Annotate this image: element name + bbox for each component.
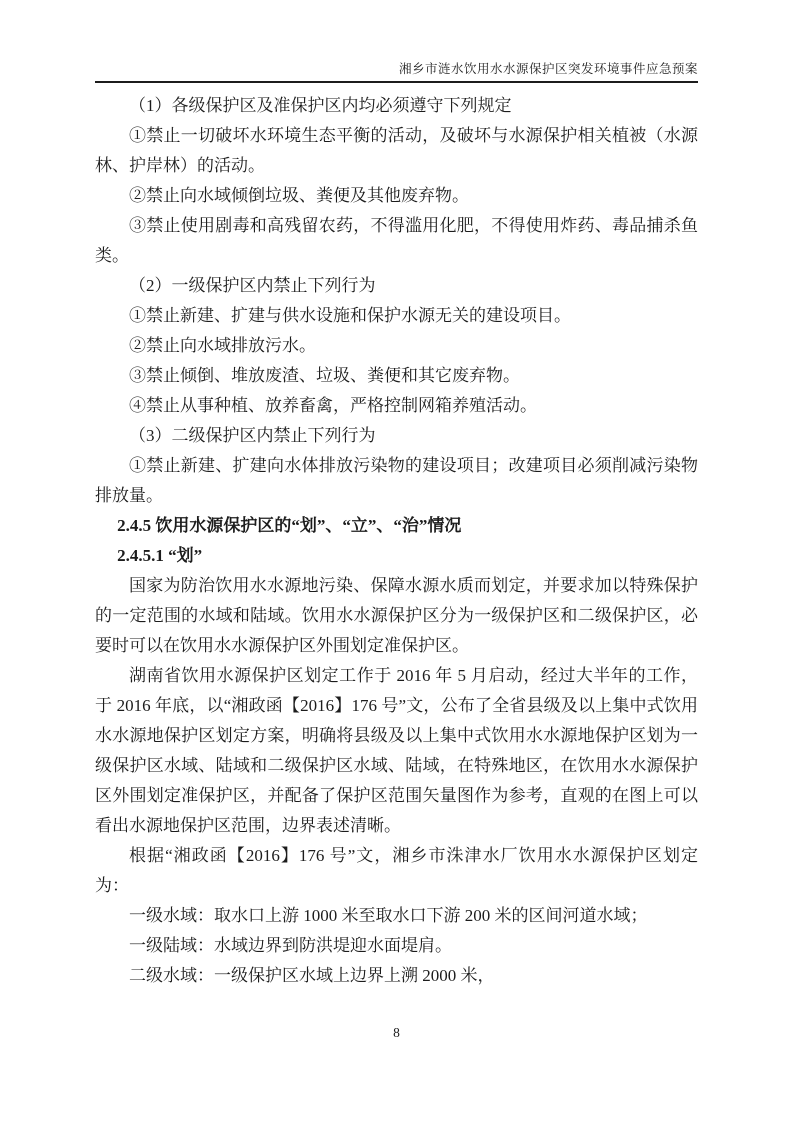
paragraph-level2-water-area: 二级水域：一级保护区水域上边界上溯 2000 米， xyxy=(95,961,698,991)
paragraph-zhujin-plant-basis: 根据“湘政函【2016】176 号”文，湘乡市洙津水厂饮用水水源保护区划定为： xyxy=(95,841,698,901)
paragraph-ban-pollutant-project: ①禁止新建、扩建向水体排放污染物的建设项目；改建项目必须削减污染物排放量。 xyxy=(95,451,698,511)
page-footer: 8 xyxy=(0,1024,793,1042)
section-heading-2-4-5-1: 2.4.5.1 “划” xyxy=(95,541,698,571)
paragraph-ban-dumping: ②禁止向水域倾倒垃圾、粪便及其他废弃物。 xyxy=(95,181,698,211)
section-heading-2-4-5: 2.4.5 饮用水源保护区的“划”、“立”、“治”情况 xyxy=(95,511,698,541)
paragraph-rule-level1-zone: （2）一级保护区内禁止下列行为 xyxy=(95,271,698,301)
paragraph-rule-all-zones: （1）各级保护区及准保护区内均必须遵守下列规定 xyxy=(95,91,698,121)
header-rule xyxy=(95,81,698,83)
paragraph-zone-definition: 国家为防治饮用水水源地污染、保障水源水质而划定，并要求加以特殊保护的一定范围的水… xyxy=(95,571,698,661)
page-header: 湘乡市涟水饮用水水源保护区突发环境事件应急预案 xyxy=(95,60,698,83)
paragraph-ban-construction: ①禁止新建、扩建与供水设施和保护水源无关的建设项目。 xyxy=(95,301,698,331)
document-page: 湘乡市涟水饮用水水源保护区突发环境事件应急预案 （1）各级保护区及准保护区内均必… xyxy=(0,0,793,1122)
header-title: 湘乡市涟水饮用水水源保护区突发环境事件应急预案 xyxy=(95,60,698,78)
paragraph-ban-pesticides: ③禁止使用剧毒和高残留农药，不得滥用化肥，不得使用炸药、毒品捕杀鱼类。 xyxy=(95,211,698,271)
paragraph-level1-water-area: 一级水域：取水口上游 1000 米至取水口下游 200 米的区间河道水域； xyxy=(95,901,698,931)
paragraph-ban-waste-piling: ③禁止倾倒、堆放废渣、垃圾、粪便和其它废弃物。 xyxy=(95,361,698,391)
page-number: 8 xyxy=(393,1025,400,1040)
document-body: （1）各级保护区及准保护区内均必须遵守下列规定 ①禁止一切破坏水环境生态平衡的活… xyxy=(95,91,698,991)
paragraph-ban-ecology-damage: ①禁止一切破坏水环境生态平衡的活动，及破坏与水源保护相关植被（水源林、护岸林）的… xyxy=(95,121,698,181)
paragraph-ban-farming: ④禁止从事种植、放养畜禽，严格控制网箱养殖活动。 xyxy=(95,391,698,421)
paragraph-hunan-delimitation: 湖南省饮用水源保护区划定工作于 2016 年 5 月启动，经过大半年的工作，于 … xyxy=(95,661,698,841)
paragraph-rule-level2-zone: （3）二级保护区内禁止下列行为 xyxy=(95,421,698,451)
paragraph-level1-land-area: 一级陆域：水域边界到防洪堤迎水面堤肩。 xyxy=(95,931,698,961)
paragraph-ban-sewage: ②禁止向水域排放污水。 xyxy=(95,331,698,361)
